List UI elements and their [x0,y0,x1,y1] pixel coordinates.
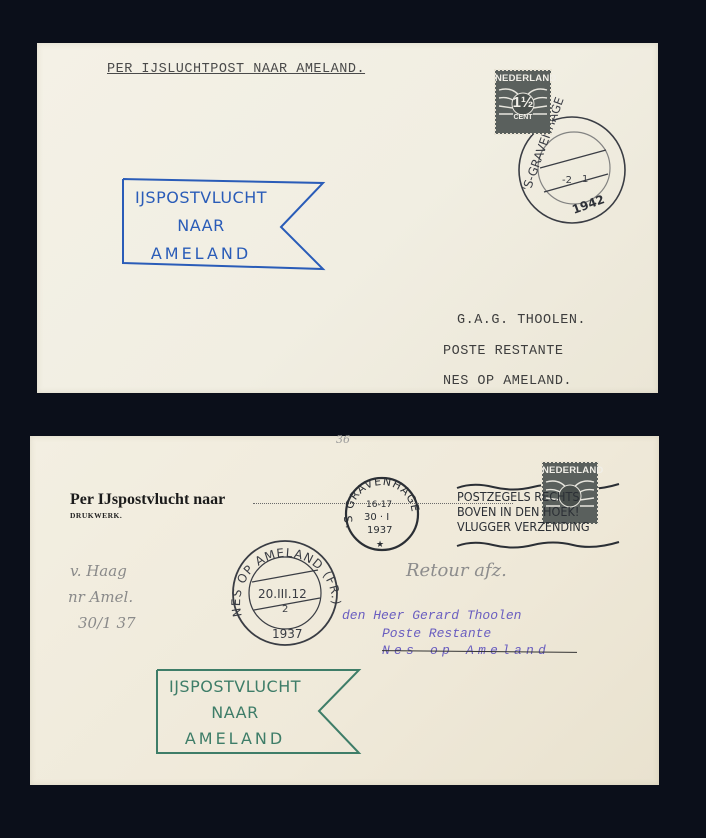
pencil-signature: Retour afz. [406,560,507,581]
pencil-note-line-1: v. Haag [70,562,127,580]
postmark-nes-op-ameland: NES OP AMELAND (FR.) 20.III.12 2 1937 [228,536,342,650]
slogan-line-3: VLUGGER VERZENDING [457,519,590,534]
stamp-country: NEDERLAND [495,73,551,84]
svg-text:★: ★ [376,539,384,549]
svg-text:1: 1 [582,174,588,185]
envelope-bottom: 36 Per IJspostvlucht naar DRUKWERK. 'S G… [30,436,659,785]
pencil-page-number: 36 [336,433,350,446]
pencil-note-line-2: nr Amel. [68,588,133,606]
svg-text:1942: 1942 [570,192,606,217]
printed-title: Per IJspostvlucht naar [70,491,225,509]
address-line-2: POSTE RESTANTE [443,344,563,359]
cachet-line-1: IJSPOSTVLUCHT [155,677,315,696]
circular-postmark-icon: 'S GRAVENHAGE 16-17 30 · I 1937 ★ [342,474,422,554]
svg-text:1937: 1937 [272,627,303,641]
ice-flight-cachet: IJSPOSTVLUCHT NAAR AMELAND [121,175,329,273]
pencil-note-line-3: 30/1 37 [78,614,136,632]
ice-flight-cachet: IJSPOSTVLUCHT NAAR AMELAND [155,667,363,755]
svg-text:-2: -2 [562,175,572,186]
slogan-line-1: POSTZEGELS RECHTS [457,489,580,504]
stamp-unit: CENT [495,114,551,121]
circular-postmark-icon: NES OP AMELAND (FR.) 20.III.12 2 1937 [228,536,342,650]
postmark-gravenhage-1937: 'S GRAVENHAGE 16-17 30 · I 1937 ★ [342,474,422,554]
cachet-line-2: NAAR [121,216,281,235]
svg-text:2: 2 [282,604,288,615]
address-line-1: den Heer Gerard Thoolen [342,608,521,623]
address-line-1: G.A.G. THOOLEN. [457,313,586,328]
cachet-line-3: AMELAND [155,729,315,748]
slogan-text: POSTZEGELS RECHTS BOVEN IN DEN HOEK! VLU… [453,478,623,554]
cachet-line-1: IJSPOSTVLUCHT [121,188,281,207]
svg-text:20.III.12: 20.III.12 [258,587,307,601]
envelope-top: PER IJSLUCHTPOST NAAR AMELAND. IJSPOSTVL… [37,43,658,393]
stamp-country: NEDERLAND [542,465,598,476]
slogan-line-2: BOVEN IN DEN HOEK! [457,504,579,519]
stamp-value: 1½ [495,94,551,111]
svg-text:16-17: 16-17 [366,500,392,510]
postage-stamp-nederland: NEDERLAND 1½ CENT [495,70,551,134]
cachet-line-2: NAAR [155,703,315,722]
cachet-line-3: AMELAND [121,244,281,263]
address-line-2: Poste Restante [382,626,491,641]
address-line-3: NES OP AMELAND. [443,374,572,389]
typed-header: PER IJSLUCHTPOST NAAR AMELAND. [107,62,365,77]
svg-text:30 · I: 30 · I [364,512,389,523]
svg-text:1937: 1937 [367,525,392,536]
printed-subtitle: DRUKWERK. [70,511,122,520]
